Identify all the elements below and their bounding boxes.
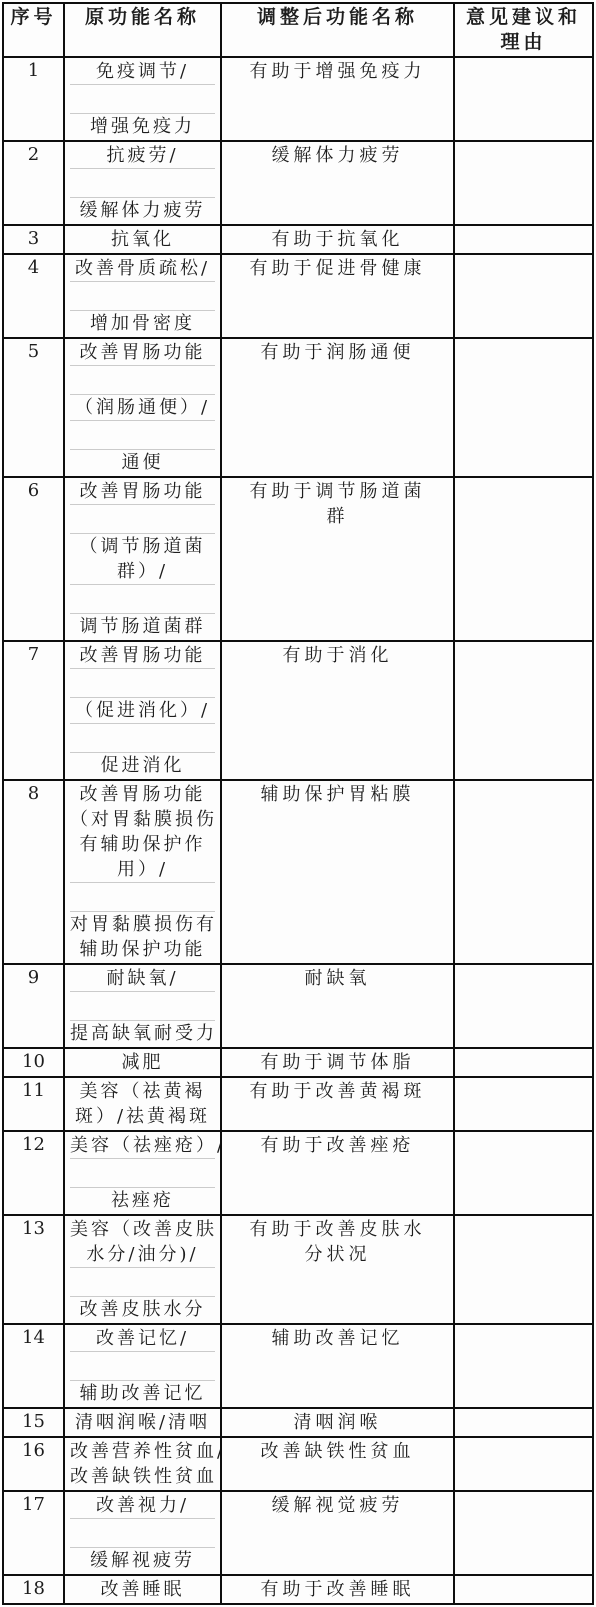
original-name-group: 免疫调节/ — [70, 59, 215, 85]
original-name-line: （促进消化）/ — [70, 698, 215, 723]
blank-ruled-line — [70, 1519, 215, 1548]
original-name-group: 促进消化 — [70, 753, 215, 778]
original-name-line: 减肥 — [70, 1050, 215, 1075]
original-name-cell: 改善胃肠功能（润肠通便）/通便 — [64, 338, 221, 477]
row-number-cell: 8 — [3, 780, 64, 964]
original-name-cell: 改善骨质疏松/增加骨密度 — [64, 254, 221, 338]
comment-cell — [454, 1408, 593, 1437]
header-cell-col-comment: 意见建议和理由 — [454, 3, 593, 57]
row-number-cell: 3 — [3, 225, 64, 254]
adjusted-name-cell: 有助于润肠通便 — [221, 338, 454, 477]
comment-cell — [454, 1077, 593, 1131]
comment-cell — [454, 780, 593, 964]
adjusted-name-cell: 改善缺铁性贫血 — [221, 1437, 454, 1491]
adjusted-name-line: 有助于促进骨健康 — [227, 256, 448, 281]
adjusted-name-line: 有助于改善痤疮 — [227, 1133, 448, 1158]
original-name-group: 改善记忆/ — [70, 1326, 215, 1352]
original-name-line: 改善胃肠功能 — [70, 643, 215, 668]
original-name-group: 增加骨密度 — [70, 311, 215, 336]
original-name-cell: 改善视力/缓解视疲劳 — [64, 1491, 221, 1575]
blank-ruled-line — [70, 169, 215, 198]
table-row: 10减肥有助于调节体脂 — [3, 1048, 593, 1077]
table-row: 17改善视力/缓解视疲劳缓解视觉疲劳 — [3, 1491, 593, 1575]
original-name-line: 清咽润喉/清咽 — [70, 1410, 215, 1435]
table-row: 6改善胃肠功能（调节肠道菌群）/调节肠道菌群有助于调节肠道菌群 — [3, 477, 593, 641]
blank-ruled-line — [70, 883, 215, 912]
table-row: 3抗氧化有助于抗氧化 — [3, 225, 593, 254]
table-row: 16改善营养性贫血/改善缺铁性贫血改善缺铁性贫血 — [3, 1437, 593, 1491]
adjusted-name-line: 缓解视觉疲劳 — [227, 1493, 448, 1518]
row-number-cell: 1 — [3, 57, 64, 141]
row-number-cell: 2 — [3, 141, 64, 225]
original-name-line: 改善骨质疏松/ — [70, 256, 215, 281]
header-label: 意见建议和 — [457, 5, 590, 30]
original-name-cell: 抗氧化 — [64, 225, 221, 254]
original-name-cell: 改善胃肠功能（对胃黏膜损伤有辅助保护作用）/对胃黏膜损伤有辅助保护功能 — [64, 780, 221, 964]
adjusted-name-line: 有助于抗氧化 — [227, 227, 448, 252]
original-name-line: 辅助保护功能 — [70, 937, 215, 962]
original-name-line: 有辅助保护作 — [70, 832, 215, 857]
original-name-cell: 改善胃肠功能（调节肠道菌群）/调节肠道菌群 — [64, 477, 221, 641]
adjusted-name-cell: 辅助改善记忆 — [221, 1324, 454, 1408]
original-name-line: 群）/ — [70, 559, 215, 584]
original-name-group: 改善骨质疏松/ — [70, 256, 215, 282]
comment-cell — [454, 1131, 593, 1215]
original-name-group: 改善视力/ — [70, 1493, 215, 1519]
table-row: 7改善胃肠功能（促进消化）/促进消化有助于消化 — [3, 641, 593, 780]
original-name-line: 美容（祛黄褐 — [70, 1079, 215, 1104]
adjusted-name-line: 有助于调节肠道菌 — [227, 479, 448, 504]
original-name-cell: 改善记忆/辅助改善记忆 — [64, 1324, 221, 1408]
original-name-group: 通便 — [70, 450, 215, 475]
row-number-cell: 12 — [3, 1131, 64, 1215]
header-label: 原功能名称 — [67, 5, 218, 30]
blank-ruled-line — [70, 669, 215, 698]
comment-cell — [454, 57, 593, 141]
adjusted-name-line: 分状况 — [227, 1242, 448, 1267]
adjusted-name-line: 有助于改善睡眠 — [227, 1577, 448, 1602]
row-number-cell: 11 — [3, 1077, 64, 1131]
original-name-group: 美容（改善皮肤水分/油分)/ — [70, 1217, 215, 1268]
original-name-cell: 美容（祛黄褐斑）/祛黄褐斑 — [64, 1077, 221, 1131]
blank-ruled-line — [70, 1159, 215, 1188]
table-row: 2抗疲劳/缓解体力疲劳缓解体力疲劳 — [3, 141, 593, 225]
adjusted-name-cell: 有助于改善痤疮 — [221, 1131, 454, 1215]
adjusted-name-cell: 有助于消化 — [221, 641, 454, 780]
original-name-group: 耐缺氧/ — [70, 966, 215, 992]
header-label: 序号 — [6, 5, 61, 30]
row-number-cell: 14 — [3, 1324, 64, 1408]
adjusted-name-line: 有助于调节体脂 — [227, 1050, 448, 1075]
adjusted-name-line: 清咽润喉 — [227, 1410, 448, 1435]
comment-cell — [454, 338, 593, 477]
original-name-group: （调节肠道菌群）/ — [70, 534, 215, 585]
original-name-cell: 减肥 — [64, 1048, 221, 1077]
row-number-cell: 5 — [3, 338, 64, 477]
original-name-line: 改善皮肤水分 — [70, 1297, 215, 1322]
original-name-cell: 改善胃肠功能（促进消化）/促进消化 — [64, 641, 221, 780]
comment-cell — [454, 225, 593, 254]
original-name-group: 缓解体力疲劳 — [70, 198, 215, 223]
comment-cell — [454, 477, 593, 641]
adjusted-name-cell: 缓解体力疲劳 — [221, 141, 454, 225]
row-number-cell: 4 — [3, 254, 64, 338]
original-name-line: 增强免疫力 — [70, 114, 215, 139]
adjusted-name-cell: 缓解视觉疲劳 — [221, 1491, 454, 1575]
original-name-line: 促进消化 — [70, 753, 215, 778]
adjusted-name-cell: 有助于促进骨健康 — [221, 254, 454, 338]
original-name-line: 水分/油分)/ — [70, 1242, 215, 1267]
adjusted-name-line: 有助于消化 — [227, 643, 448, 668]
original-name-group: 祛痤疮 — [70, 1188, 215, 1213]
original-name-line: 改善胃肠功能 — [70, 479, 215, 504]
row-number-cell: 13 — [3, 1215, 64, 1324]
original-name-group: 改善睡眠 — [70, 1577, 215, 1602]
header-cell-col-original: 原功能名称 — [64, 3, 221, 57]
row-number-cell: 9 — [3, 964, 64, 1048]
original-name-group: 抗疲劳/ — [70, 143, 215, 169]
original-name-group: 美容（祛痤疮）/ — [70, 1133, 215, 1159]
original-name-group: 调节肠道菌群 — [70, 614, 215, 639]
blank-ruled-line — [70, 85, 215, 114]
row-number-cell: 15 — [3, 1408, 64, 1437]
original-name-line: 改善视力/ — [70, 1493, 215, 1518]
table-row: 4改善骨质疏松/增加骨密度有助于促进骨健康 — [3, 254, 593, 338]
original-name-group: 对胃黏膜损伤有辅助保护功能 — [70, 912, 215, 962]
comment-cell — [454, 254, 593, 338]
original-name-group: 缓解视疲劳 — [70, 1548, 215, 1573]
original-name-line: 美容（祛痤疮）/ — [70, 1133, 215, 1158]
original-name-group: 清咽润喉/清咽 — [70, 1410, 215, 1435]
comment-cell — [454, 641, 593, 780]
row-number-cell: 6 — [3, 477, 64, 641]
original-name-group: 改善胃肠功能 — [70, 479, 215, 505]
blank-ruled-line — [70, 724, 215, 753]
comment-cell — [454, 1437, 593, 1491]
original-name-group: （润肠通便）/ — [70, 395, 215, 421]
original-name-line: 斑）/祛黄褐斑 — [70, 1104, 215, 1129]
original-name-cell: 美容（祛痤疮）/祛痤疮 — [64, 1131, 221, 1215]
table-row: 15清咽润喉/清咽清咽润喉 — [3, 1408, 593, 1437]
table-row: 5改善胃肠功能（润肠通便）/通便有助于润肠通便 — [3, 338, 593, 477]
original-name-group: 提高缺氧耐受力 — [70, 1021, 215, 1046]
original-name-line: 缓解体力疲劳 — [70, 198, 215, 223]
comment-cell — [454, 1215, 593, 1324]
original-name-line: 提高缺氧耐受力 — [70, 1021, 215, 1046]
original-name-line: 改善营养性贫血/ — [70, 1439, 215, 1464]
adjusted-name-line: 有助于改善黄褐斑 — [227, 1079, 448, 1104]
original-name-line: 改善胃肠功能 — [70, 340, 215, 365]
function-adjustment-table: 序号原功能名称调整后功能名称意见建议和理由 1免疫调节/增强免疫力有助于增强免疫… — [2, 2, 594, 1605]
header-label: 调整后功能名称 — [224, 5, 451, 30]
original-name-group: 增强免疫力 — [70, 114, 215, 139]
adjusted-name-line: 耐缺氧 — [227, 966, 448, 991]
adjusted-name-line: 辅助保护胃粘膜 — [227, 782, 448, 807]
original-name-cell: 抗疲劳/缓解体力疲劳 — [64, 141, 221, 225]
comment-cell — [454, 1048, 593, 1077]
blank-ruled-line — [70, 992, 215, 1021]
blank-ruled-line — [70, 282, 215, 311]
blank-ruled-line — [70, 1352, 215, 1381]
header-row: 序号原功能名称调整后功能名称意见建议和理由 — [3, 3, 593, 57]
table-row: 11美容（祛黄褐斑）/祛黄褐斑有助于改善黄褐斑 — [3, 1077, 593, 1131]
adjusted-name-cell: 有助于抗氧化 — [221, 225, 454, 254]
original-name-cell: 美容（改善皮肤水分/油分)/改善皮肤水分 — [64, 1215, 221, 1324]
original-name-group: （促进消化）/ — [70, 698, 215, 724]
adjusted-name-cell: 有助于调节肠道菌群 — [221, 477, 454, 641]
adjusted-name-line: 有助于增强免疫力 — [227, 59, 448, 84]
row-number-cell: 10 — [3, 1048, 64, 1077]
original-name-line: 祛痤疮 — [70, 1188, 215, 1213]
original-name-cell: 改善营养性贫血/改善缺铁性贫血 — [64, 1437, 221, 1491]
original-name-group: 改善胃肠功能（对胃黏膜损伤有辅助保护作用）/ — [70, 782, 215, 883]
table-row: 9耐缺氧/提高缺氧耐受力耐缺氧 — [3, 964, 593, 1048]
document-page: 序号原功能名称调整后功能名称意见建议和理由 1免疫调节/增强免疫力有助于增强免疫… — [0, 0, 596, 1607]
blank-ruled-line — [70, 585, 215, 614]
original-name-group: 减肥 — [70, 1050, 215, 1075]
adjusted-name-line: 群 — [227, 504, 448, 529]
comment-cell — [454, 141, 593, 225]
original-name-line: 辅助改善记忆 — [70, 1381, 215, 1406]
original-name-cell: 耐缺氧/提高缺氧耐受力 — [64, 964, 221, 1048]
original-name-line: 免疫调节/ — [70, 59, 215, 84]
original-name-group: 改善胃肠功能 — [70, 643, 215, 669]
original-name-line: 通便 — [70, 450, 215, 475]
adjusted-name-cell: 辅助保护胃粘膜 — [221, 780, 454, 964]
adjusted-name-line: 改善缺铁性贫血 — [227, 1439, 448, 1464]
original-name-cell: 免疫调节/增强免疫力 — [64, 57, 221, 141]
blank-ruled-line — [70, 1268, 215, 1297]
header-cell-col-adjusted: 调整后功能名称 — [221, 3, 454, 57]
blank-ruled-line — [70, 505, 215, 534]
adjusted-name-cell: 有助于改善黄褐斑 — [221, 1077, 454, 1131]
comment-cell — [454, 1491, 593, 1575]
original-name-line: （润肠通便）/ — [70, 395, 215, 420]
original-name-line: 增加骨密度 — [70, 311, 215, 336]
original-name-line: 对胃黏膜损伤有 — [70, 912, 215, 937]
original-name-line: 抗氧化 — [70, 227, 215, 252]
header-label: 理由 — [457, 30, 590, 55]
original-name-line: 抗疲劳/ — [70, 143, 215, 168]
table-body: 1免疫调节/增强免疫力有助于增强免疫力2抗疲劳/缓解体力疲劳缓解体力疲劳3抗氧化… — [3, 57, 593, 1604]
original-name-line: 美容（改善皮肤 — [70, 1217, 215, 1242]
adjusted-name-cell: 有助于改善皮肤水分状况 — [221, 1215, 454, 1324]
comment-cell — [454, 1324, 593, 1408]
original-name-group: 改善皮肤水分 — [70, 1297, 215, 1322]
table-row: 14改善记忆/辅助改善记忆辅助改善记忆 — [3, 1324, 593, 1408]
original-name-line: 用）/ — [70, 857, 215, 882]
original-name-group: 辅助改善记忆 — [70, 1381, 215, 1406]
adjusted-name-line: 缓解体力疲劳 — [227, 143, 448, 168]
original-name-group: 美容（祛黄褐斑）/祛黄褐斑 — [70, 1079, 215, 1129]
comment-cell — [454, 964, 593, 1048]
blank-ruled-line — [70, 421, 215, 450]
adjusted-name-cell: 有助于调节体脂 — [221, 1048, 454, 1077]
original-name-group: 抗氧化 — [70, 227, 215, 252]
adjusted-name-cell: 有助于增强免疫力 — [221, 57, 454, 141]
table-row: 12美容（祛痤疮）/祛痤疮有助于改善痤疮 — [3, 1131, 593, 1215]
original-name-line: 耐缺氧/ — [70, 966, 215, 991]
adjusted-name-cell: 耐缺氧 — [221, 964, 454, 1048]
row-number-cell: 7 — [3, 641, 64, 780]
row-number-cell: 17 — [3, 1491, 64, 1575]
original-name-line: 改善缺铁性贫血 — [70, 1464, 215, 1489]
blank-ruled-line — [70, 366, 215, 395]
original-name-line: 改善胃肠功能 — [70, 782, 215, 807]
original-name-line: （调节肠道菌 — [70, 534, 215, 559]
original-name-group: 改善胃肠功能 — [70, 340, 215, 366]
original-name-line: 改善睡眠 — [70, 1577, 215, 1602]
adjusted-name-line: 辅助改善记忆 — [227, 1326, 448, 1351]
table-row: 1免疫调节/增强免疫力有助于增强免疫力 — [3, 57, 593, 141]
original-name-line: （对胃黏膜损伤 — [70, 807, 215, 832]
adjusted-name-line: 有助于改善皮肤水 — [227, 1217, 448, 1242]
header-cell-col-number: 序号 — [3, 3, 64, 57]
original-name-line: 改善记忆/ — [70, 1326, 215, 1351]
original-name-cell: 清咽润喉/清咽 — [64, 1408, 221, 1437]
original-name-line: 调节肠道菌群 — [70, 614, 215, 639]
adjusted-name-line: 有助于润肠通便 — [227, 340, 448, 365]
table-row: 8改善胃肠功能（对胃黏膜损伤有辅助保护作用）/对胃黏膜损伤有辅助保护功能辅助保护… — [3, 780, 593, 964]
original-name-group: 改善营养性贫血/改善缺铁性贫血 — [70, 1439, 215, 1489]
table-header: 序号原功能名称调整后功能名称意见建议和理由 — [3, 3, 593, 57]
table-row: 13美容（改善皮肤水分/油分)/改善皮肤水分有助于改善皮肤水分状况 — [3, 1215, 593, 1324]
row-number-cell: 16 — [3, 1437, 64, 1491]
original-name-line: 缓解视疲劳 — [70, 1548, 215, 1573]
adjusted-name-cell: 清咽润喉 — [221, 1408, 454, 1437]
